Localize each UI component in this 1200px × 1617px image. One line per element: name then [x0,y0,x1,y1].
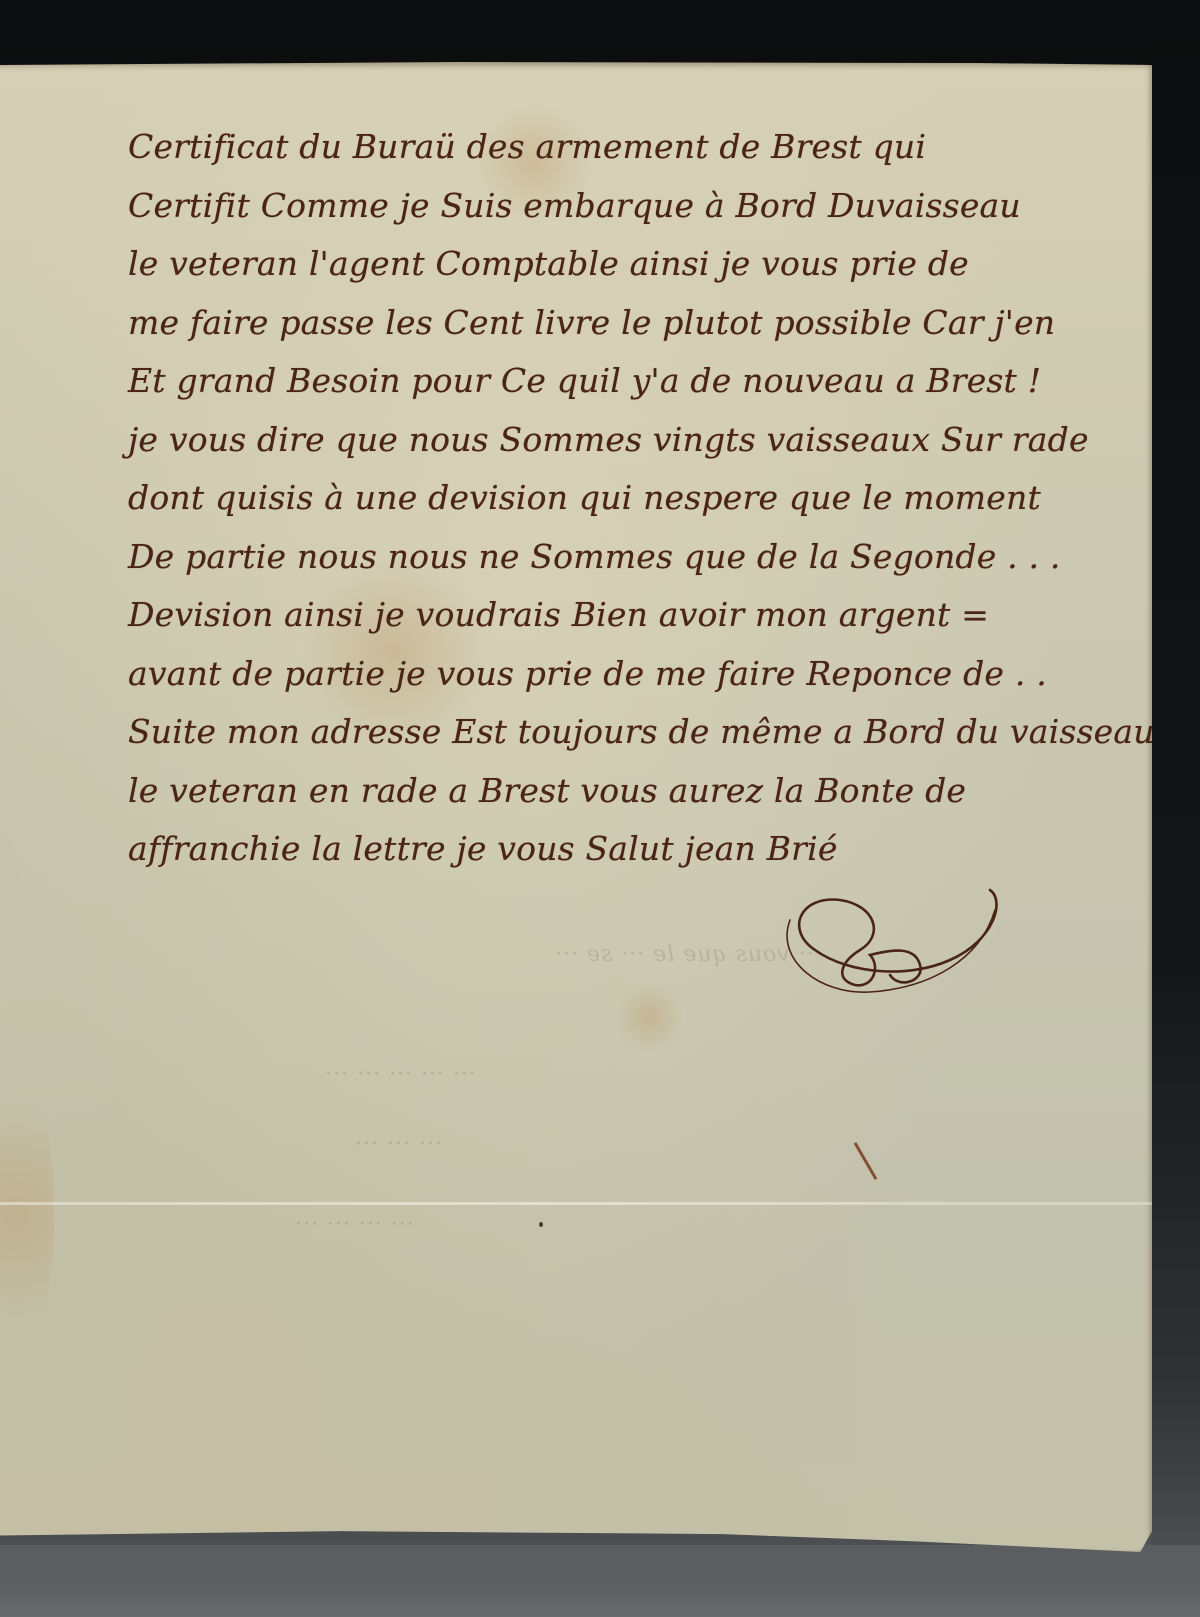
letter-line-4: me faire passe les Cent livre le plutot … [128,294,1108,353]
bleed-through-text-4: ··· ··· ··· ··· [294,1212,414,1237]
letter-line-10: avant de partie je vous prie de me faire… [128,645,1108,704]
letter-line-7: dont quisis à une devision qui nespere q… [128,469,1108,528]
letter-line-12: le veteran en rade a Brest vous aurez la… [128,762,1108,821]
signature-flourish-icon [780,880,1010,1000]
letter-line-6: je vous dire que nous Sommes vingts vais… [128,411,1108,470]
letter-body: Certificat du Buraü des armement de Bres… [128,118,1108,879]
backdrop-bottom-table [0,1545,1200,1617]
ink-dot [539,1222,543,1227]
letter-line-2: Certifit Comme je Suis embarque à Bord D… [128,177,1108,236]
backdrop-right-edge [1152,0,1200,1617]
letter-line-5: Et grand Besoin pour Ce quil y'a de nouv… [128,352,1108,411]
letter-line-9: Devision ainsi je voudrais Bien avoir mo… [128,586,1108,645]
letter-line-8: De partie nous nous ne Sommes que de la … [128,528,1108,587]
bleed-through-text-3: ··· ··· ··· [354,1132,442,1157]
fold-crease [0,1202,1152,1205]
ink-stroke-mark [854,1142,878,1180]
letter-line-1: Certificat du Buraü des armement de Bres… [128,118,1108,177]
stain-left-edge [0,1062,54,1362]
letter-line-13-signature: affranchie la lettre je vous Salut jean … [128,820,1108,879]
letter-line-3: le veteran l'agent Comptable ainsi je vo… [128,235,1108,294]
bleed-through-text-2: ··· ··· ··· ··· ··· [324,1062,476,1087]
stain-lower [614,982,684,1052]
letter-line-11: Suite mon adresse Est toujours de même a… [128,703,1108,762]
